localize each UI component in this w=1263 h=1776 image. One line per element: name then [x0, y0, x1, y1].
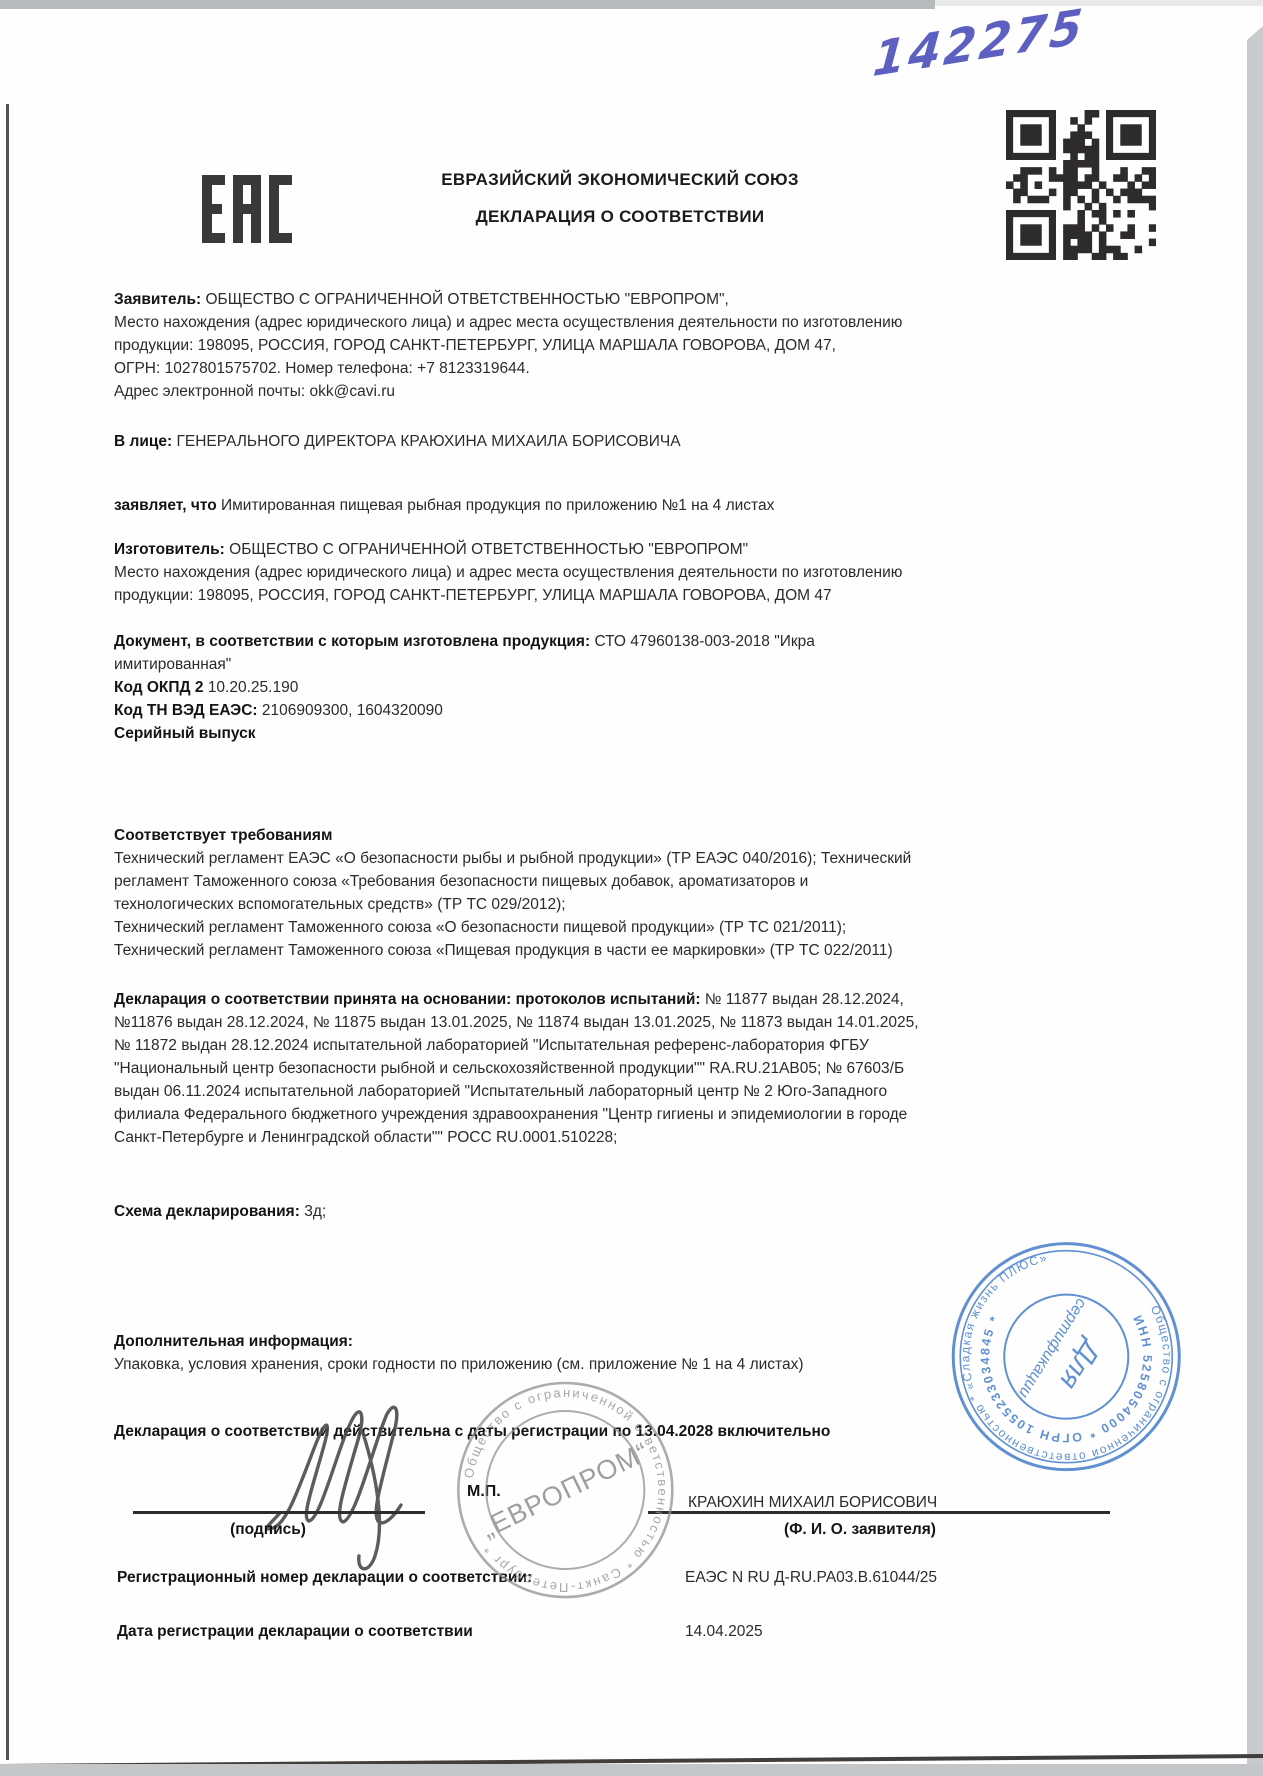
eac-logo-icon	[202, 175, 292, 248]
section-applicant: Заявитель: ОБЩЕСТВО С ОГРАНИЧЕННОЙ ОТВЕТ…	[114, 288, 902, 403]
section-document: Документ, в соответствии с которым изгот…	[114, 630, 815, 745]
section-title: Соответствует требованиям	[114, 824, 911, 847]
section-compliance: Соответствует требованиям Технический ре…	[114, 824, 911, 962]
declaration-document: 142275 ЕВРАЗИЙСКИЙ ЭКОНОМИЧЕСКИЙ СОЮЗ ДЕ…	[0, 0, 1263, 1776]
doc-title-declaration: ДЕКЛАРАЦИЯ О СООТВЕТСТВИИ	[320, 207, 920, 227]
text-line: Изготовитель: ОБЩЕСТВО С ОГРАНИЧЕННОЙ ОТ…	[114, 538, 902, 561]
section-declares: заявляет, что Имитированная пищевая рыбн…	[114, 494, 774, 517]
text-line: продукции: 198095, РОССИЯ, ГОРОД САНКТ-П…	[114, 334, 902, 357]
signature-line	[133, 1511, 425, 1514]
registration-date-value: 14.04.2025	[685, 1620, 763, 1643]
scan-edge-top-light	[935, 0, 1263, 6]
europrom-round-stamp: Общество с ограниченной ответственностью…	[439, 1364, 691, 1621]
qr-code	[1006, 110, 1156, 265]
scan-edge-left	[6, 104, 9, 1760]
text-line: Место нахождения (адрес юридического лиц…	[114, 311, 902, 334]
fio-line	[648, 1511, 1110, 1514]
stamp-outer-ring-text: Общество с ограниченной ответственностью…	[919, 1209, 1214, 1504]
text-line: технологических вспомогательных средств»…	[114, 893, 911, 916]
section-person: В лице: ГЕНЕРАЛЬНОГО ДИРЕКТОРА КРАЮХИНА …	[114, 430, 681, 453]
text-line: Упаковка, условия хранения, сроки годнос…	[114, 1353, 803, 1376]
section-scheme: Схема декларирования: 3д;	[114, 1200, 326, 1223]
text-line: Серийный выпуск	[114, 722, 815, 745]
scan-edge-bottom	[0, 1764, 1263, 1776]
text-line: Заявитель: ОБЩЕСТВО С ОГРАНИЧЕННОЙ ОТВЕТ…	[114, 288, 902, 311]
fio-caption: (Ф. И. О. заявителя)	[660, 1518, 1060, 1541]
scan-edge-top	[0, 0, 935, 9]
text-line: филиала Федерального бюджетного учрежден…	[114, 1103, 919, 1126]
text-line: Место нахождения (адрес юридического лиц…	[114, 561, 902, 584]
text-line: выдан 06.11.2024 испытательной лаборатор…	[114, 1080, 919, 1103]
section-manufacturer: Изготовитель: ОБЩЕСТВО С ОГРАНИЧЕННОЙ ОТ…	[114, 538, 902, 607]
blue-round-stamp: Общество с ограниченной ответственностью…	[901, 1190, 1229, 1519]
section-additional: Дополнительная информация: Упаковка, усл…	[114, 1330, 803, 1376]
text-line: Адрес электронной почты: okk@cavi.ru	[114, 380, 902, 403]
registration-number-value: ЕАЭС N RU Д-RU.РА03.В.61044/25	[685, 1566, 937, 1589]
registration-date-label: Дата регистрации декларации о соответств…	[117, 1620, 473, 1643]
text-line: Документ, в соответствии с которым изгот…	[114, 630, 815, 653]
text-line: Технический регламент ЕАЭС «О безопаснос…	[114, 847, 911, 870]
text-line: регламент Таможенного союза «Требования …	[114, 870, 911, 893]
scan-edge-right	[1247, 26, 1263, 1776]
text-line: ОГРН: 1027801575702. Номер телефона: +7 …	[114, 357, 902, 380]
section-basis: Декларация о соответствии принята на осн…	[114, 988, 919, 1149]
text-line: №11876 выдан 28.12.2024, № 11875 выдан 1…	[114, 1011, 919, 1034]
stamp-center-text: „ЕВРОПРОМ“	[477, 1436, 654, 1543]
text-line: Технический регламент Таможенного союза …	[114, 916, 911, 939]
text-line: № 11872 выдан 28.12.2024 испытательной л…	[114, 1034, 919, 1057]
doc-title-union: ЕВРАЗИЙСКИЙ ЭКОНОМИЧЕСКИЙ СОЮЗ	[320, 170, 920, 190]
svg-text:Общество с ограниченной ответс: Общество с ограниченной ответственностью…	[919, 1209, 1214, 1504]
text-line: Декларация о соответствии принята на осн…	[114, 988, 919, 1011]
section-title: Дополнительная информация:	[114, 1330, 803, 1353]
text-line: продукции: 198095, РОССИЯ, ГОРОД САНКТ-П…	[114, 584, 902, 607]
signature-caption: (подпись)	[138, 1518, 398, 1541]
text-line: Код ТН ВЭД ЕАЭС: 2106909300, 1604320090	[114, 699, 815, 722]
handwritten-number: 142275	[871, 0, 1088, 88]
text-line: Санкт-Петербурге и Ленинградской области…	[114, 1126, 919, 1149]
text-line: имитированная"	[114, 653, 815, 676]
text-line: Технический регламент Таможенного союза …	[114, 939, 911, 962]
text-line: Код ОКПД 2 10.20.25.190	[114, 676, 815, 699]
text-line: "Национальный центр безопасности рыбной …	[114, 1057, 919, 1080]
